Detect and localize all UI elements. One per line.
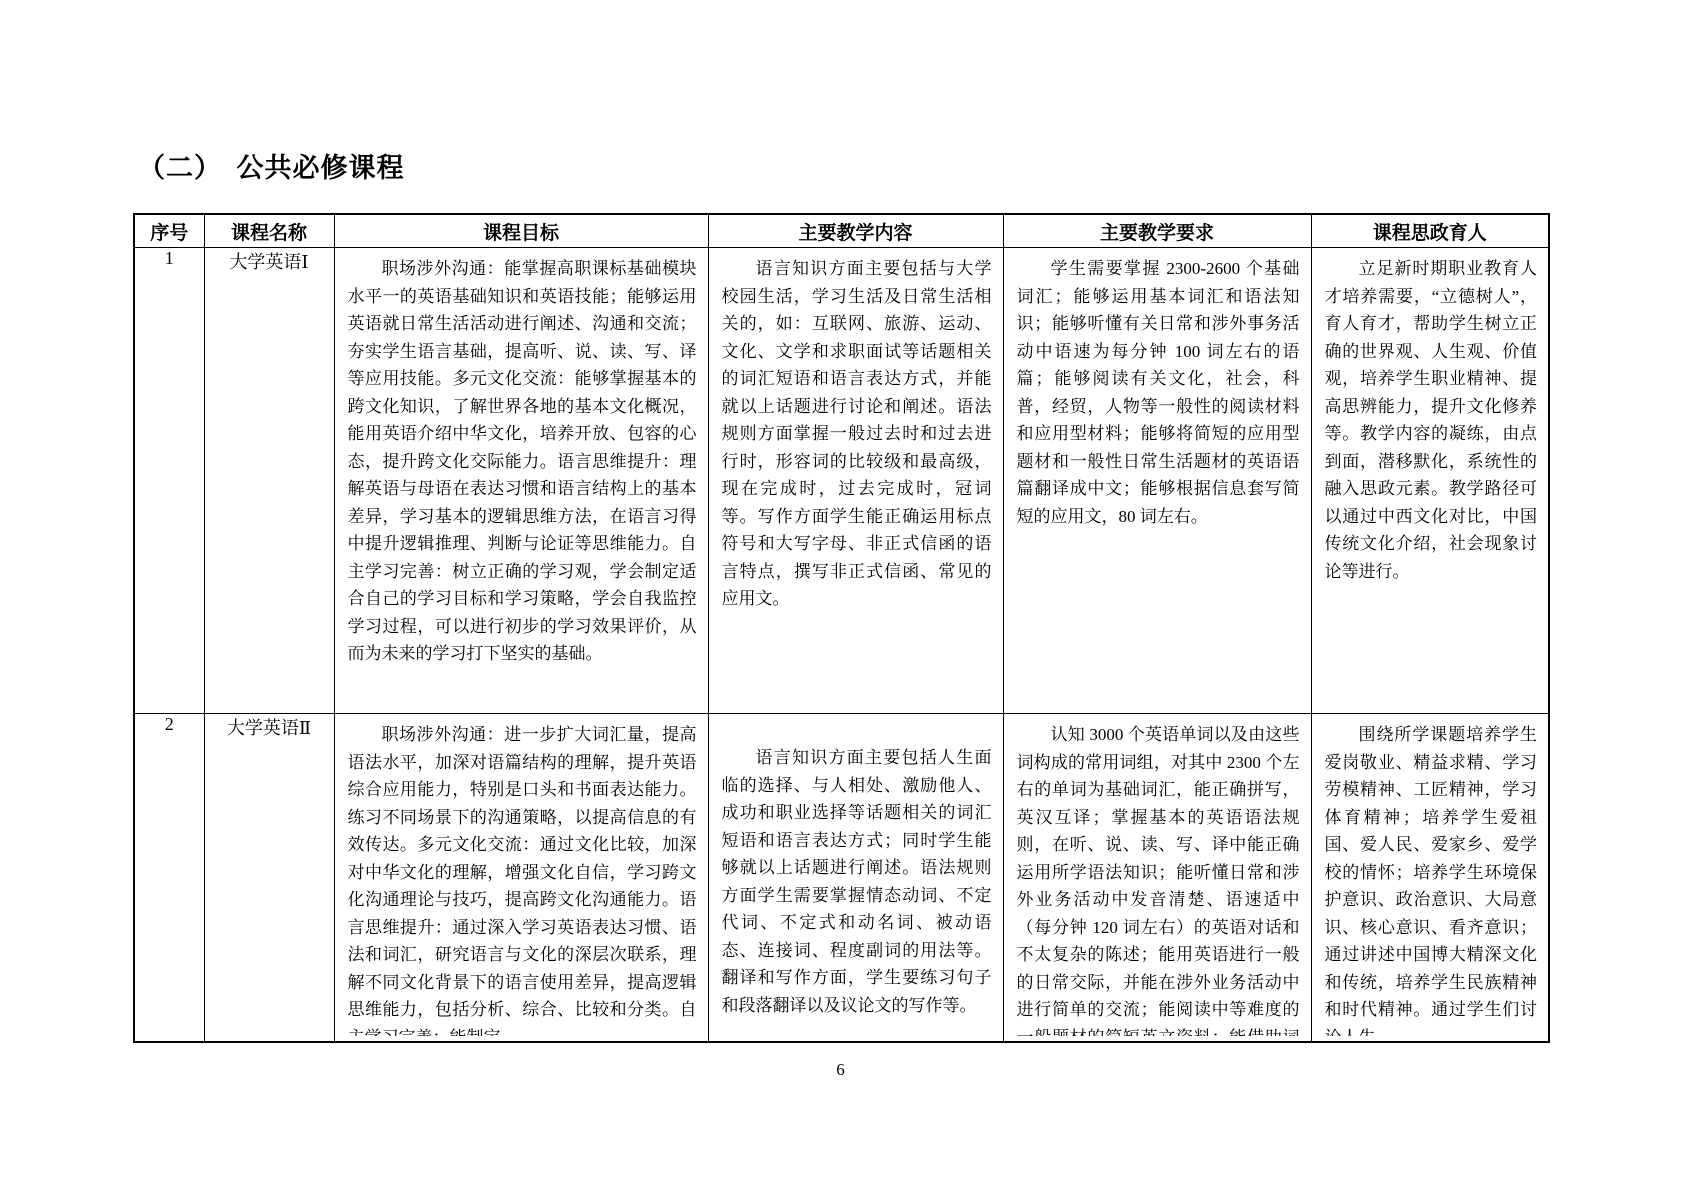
document-page: （二） 公共必修课程 序号 课程名称 课程目标 主要教学内容 主要教学要求 课程… (0, 0, 1684, 1191)
cell-row1-objectives: 职场涉外沟通：能掌握高职课标基础模块水平一的英语基础知识和英语技能；能够运用英语… (335, 248, 708, 706)
header-cell-requirements: 主要教学要求 (1003, 214, 1311, 248)
cell-row1-index: 1 (134, 248, 204, 714)
header-cell-ideology: 课程思政育人 (1311, 214, 1549, 248)
page-number: 6 (133, 1060, 1548, 1080)
cell-row1-requirements: 学生需要掌握 2300-2600 个基础词汇；能够运用基本词汇和语法知识；能够听… (1004, 248, 1311, 706)
header-cell-course-name: 课程名称 (204, 214, 334, 248)
course-table: 序号 课程名称 课程目标 主要教学内容 主要教学要求 课程思政育人 1 大学英语… (133, 213, 1550, 1043)
header-cell-content: 主要教学内容 (708, 214, 1003, 248)
section-title: （二） 公共必修课程 (138, 146, 405, 185)
cell-row2-course-name: 大学英语Ⅱ (204, 714, 334, 1043)
cell-row2-index: 2 (134, 714, 204, 1043)
cell-row2-requirements: 认知 3000 个英语单词以及由这些词构成的常用词组，对其中 2300 个左右的… (1004, 714, 1311, 1036)
cell-row2-ideology: 围绕所学课题培养学生爱岗敬业、精益求精、学习劳模精神、工匠精神，学习体育精神；培… (1312, 714, 1549, 1036)
cell-row2-objectives: 职场涉外沟通：进一步扩大词汇量，提高语法水平，加深对语篇结构的理解，提升英语综合… (335, 714, 708, 1036)
cell-row1-course-name: 大学英语Ⅰ (204, 248, 334, 714)
cell-row1-ideology: 立足新时期职业教育人才培养需要，“立德树人”，育人育才，帮助学生树立正确的世界观… (1312, 248, 1549, 706)
cell-row2-content: 语言知识方面主要包括人生面临的选择、与人相处、激励他人、成功和职业选择等话题相关… (709, 714, 1003, 1036)
cell-row1-content: 语言知识方面主要包括与大学校园生活，学习生活及日常生活相关的，如：互联网、旅游、… (709, 248, 1003, 706)
header-cell-index: 序号 (134, 214, 204, 248)
header-cell-objectives: 课程目标 (334, 214, 708, 248)
table-row: 2 大学英语Ⅱ 职场涉外沟通：进一步扩大词汇量，提高语法水平，加深对语篇结构的理… (134, 714, 1549, 1043)
table-row: 1 大学英语Ⅰ 职场涉外沟通：能掌握高职课标基础模块水平一的英语基础知识和英语技… (134, 248, 1549, 714)
table-header-row: 序号 课程名称 课程目标 主要教学内容 主要教学要求 课程思政育人 (134, 214, 1549, 248)
